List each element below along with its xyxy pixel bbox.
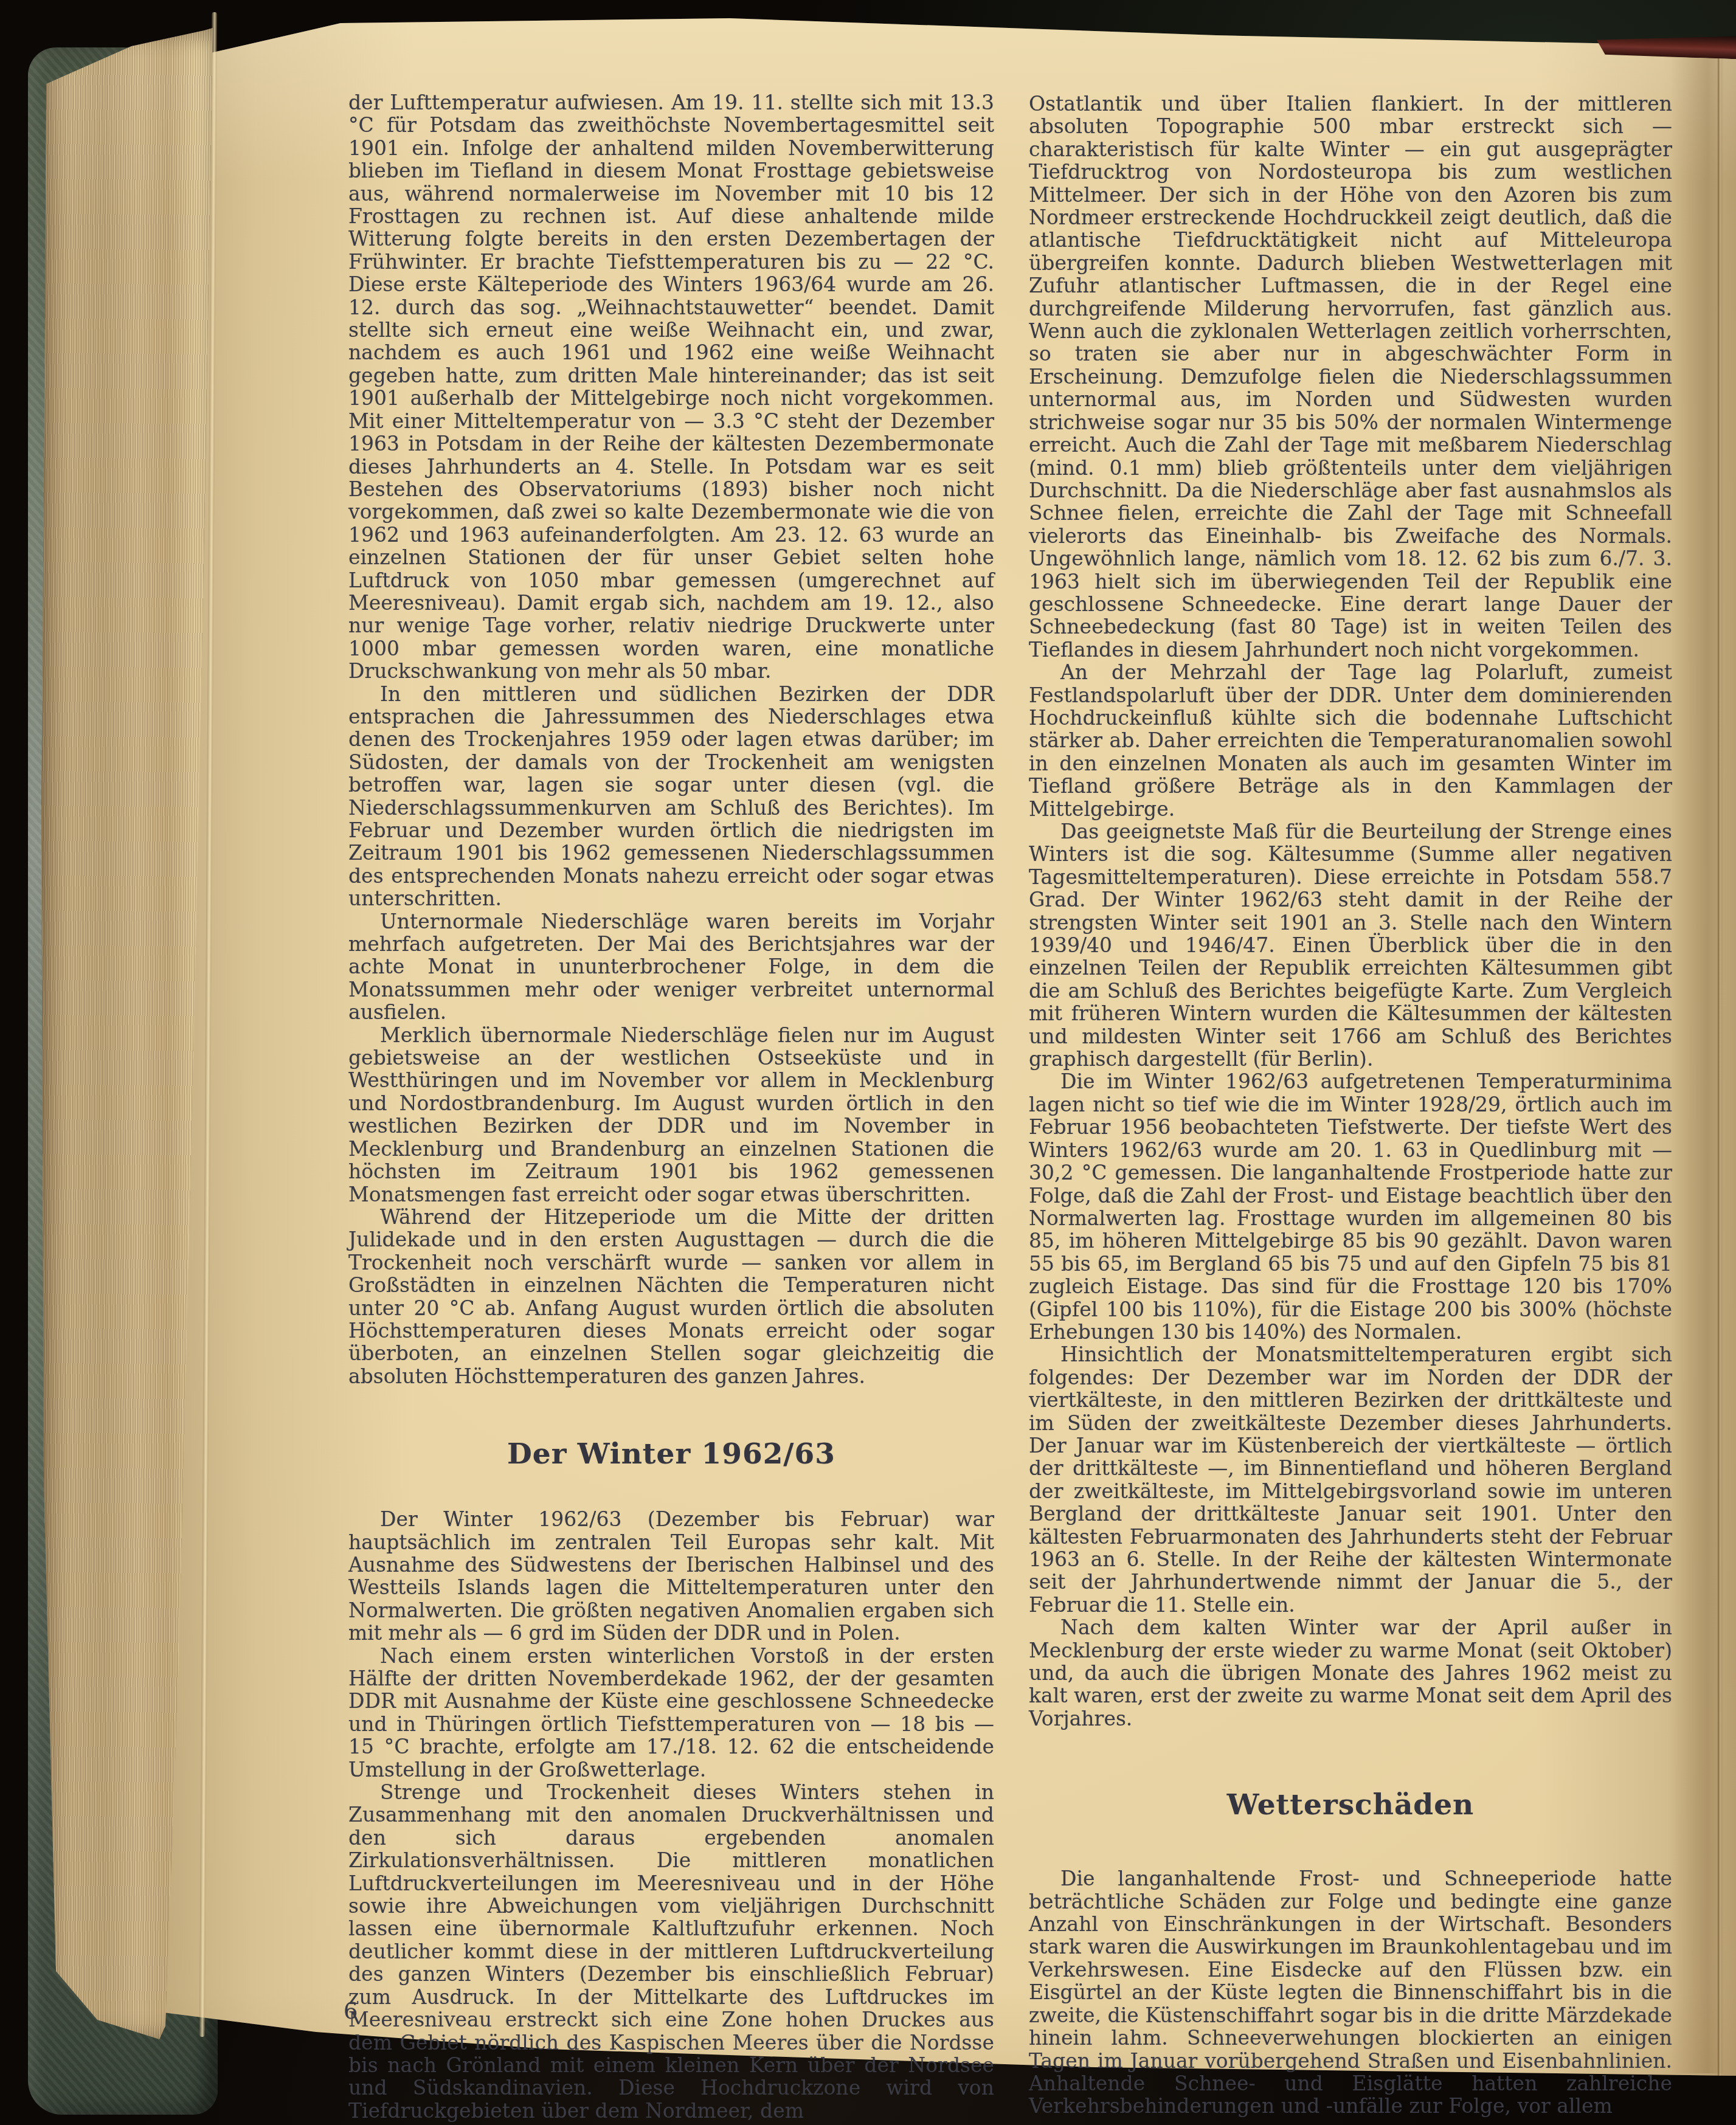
gutter-crease-line [1717,51,1721,2076]
paragraph: Nach einem ersten winterlichen Vorstoß i… [348,1645,994,1781]
paragraph: Während der Hitzeperiode um die Mitte de… [348,1206,994,1387]
paragraph: Ostatlantik und über Italien flankiert. … [1029,92,1672,661]
paragraph: Die im Winter 1962/63 aufgetretenen Temp… [1029,1070,1672,1343]
paragraph: In den mittleren und südlichen Bezirken … [348,683,994,910]
paragraph: An der Mehrzahl der Tage lag Polarluft, … [1029,661,1672,820]
paragraph: Unternormale Niederschläge waren bereits… [348,910,994,1024]
paragraph: Der Winter 1962/63 (Dezember bis Februar… [348,1508,994,1644]
text-column-right: Ostatlantik und über Italien flankiert. … [1029,92,1672,2118]
paragraph: Das geeignetste Maß für die Beurteilung … [1029,820,1672,1070]
paragraph: Hinsichtlich der Monatsmitteltemperature… [1029,1343,1672,1616]
page-number: 6 [344,1998,358,2024]
paragraph: Die langanhaltende Frost- und Schneeperi… [1029,1867,1672,2117]
paragraph: Strenge und Trockenheit dieses Winters s… [348,1781,994,2122]
section-heading-wetterschaeden: Wetterschäden [1029,1788,1672,1822]
section-heading-der-winter-1962-63: Der Winter 1962/63 [348,1437,994,1471]
scanned-book-page: { "page": { "number": "6", "language": "… [0,0,1736,2125]
paragraph: Nach dem kalten Winter war der April auß… [1029,1616,1672,1730]
gutter-shadow [1671,43,1723,2073]
paragraph: Merklich übernormale Niederschläge fiele… [348,1024,994,1206]
paragraph: der Lufttemperatur aufwiesen. Am 19. 11.… [348,91,994,683]
text-column-left: der Lufttemperatur aufwiesen. Am 19. 11.… [348,91,994,2122]
